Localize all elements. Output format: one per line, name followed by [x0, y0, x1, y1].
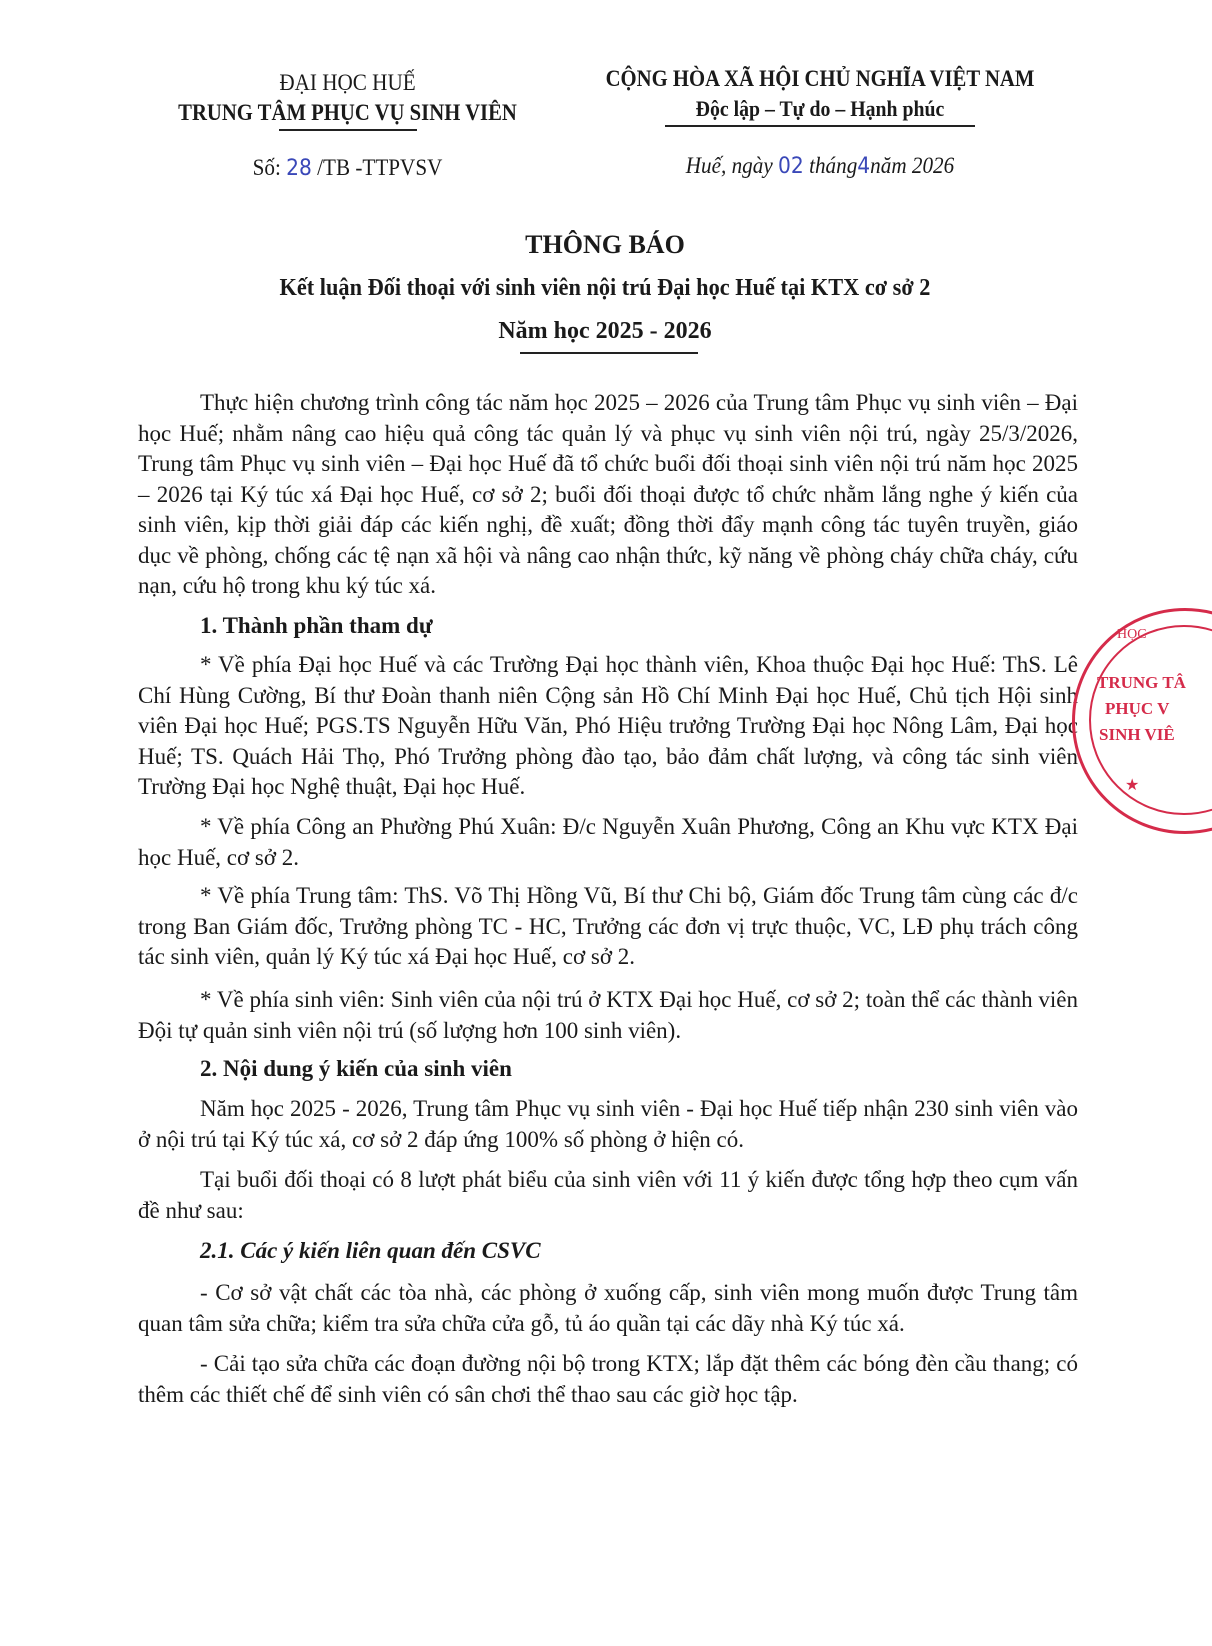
seal-text-line: TRUNG TÂ [1097, 673, 1186, 693]
csvc-item-1: - Cơ sở vật chất các tòa nhà, các phòng … [138, 1278, 1078, 1339]
body-paragraph: Tại buổi đối thoại có 8 lượt phát biểu c… [138, 1165, 1078, 1226]
seal-text-line: PHỤC V [1105, 699, 1169, 719]
document-page: ĐẠI HỌC HUẾ TRUNG TÂM PHỤC VỤ SINH VIÊN … [0, 0, 1212, 1646]
issuing-organization: TRUNG TÂM PHỤC VỤ SINH VIÊN [170, 98, 526, 128]
document-subject: Kết luận Đối thoại với sinh viên nội trú… [163, 275, 1047, 302]
seal-text-line: SINH VIÊ [1099, 725, 1175, 745]
body-paragraph: Năm học 2025 - 2026, Trung tâm Phục vụ s… [138, 1094, 1078, 1155]
date-day-handwritten: 02 [778, 154, 804, 179]
doc-number-label: Số: [253, 155, 281, 180]
national-heading-block: CỘNG HÒA XÃ HỘI CHỦ NGHĨA VIỆT NAM Độc l… [560, 64, 1080, 127]
national-motto: Độc lập – Tự do – Hạnh phúc [586, 94, 1054, 124]
csvc-item-2: - Cải tạo sửa chữa các đoạn đường nội bộ… [138, 1349, 1078, 1410]
date-year: năm 2026 [870, 153, 954, 178]
document-date: Huế, ngày 02 tháng4năm 2026 [581, 153, 1059, 179]
attendees-group-3: * Về phía Trung tâm: ThS. Võ Thị Hồng Vũ… [138, 881, 1078, 973]
issuer-block: ĐẠI HỌC HUẾ TRUNG TÂM PHỤC VỤ SINH VIÊN [150, 68, 545, 131]
doc-number-handwritten: 28 [286, 156, 312, 181]
section-2-paragraph-1: Năm học 2025 - 2026, Trung tâm Phục vụ s… [138, 1094, 1078, 1155]
attendees-group-1: * Về phía Đại học Huế và các Trường Đại … [138, 650, 1078, 803]
divider [520, 352, 698, 354]
date-month-handwritten: 4 [857, 154, 870, 179]
seal-top-text: HỌC [1117, 627, 1147, 643]
doc-number-suffix: /TB -TTPVSV [317, 155, 442, 180]
section-1-heading: 1. Thành phần tham dự [200, 613, 433, 639]
section-2-paragraph-2: Tại buổi đối thoại có 8 lượt phát biểu c… [138, 1165, 1078, 1226]
attendees-paragraph: * Về phía Trung tâm: ThS. Võ Thị Hồng Vũ… [138, 881, 1078, 973]
document-number: Số: 28 /TB -TTPVSV [166, 155, 529, 181]
document-type: THÔNG BÁO [130, 230, 1080, 260]
attendees-paragraph: * Về phía Đại học Huế và các Trường Đại … [138, 650, 1078, 803]
official-seal: HỌC TRUNG TÂ PHỤC V SINH VIÊ ★ [1072, 608, 1212, 834]
divider [665, 125, 975, 127]
academic-year: Năm học 2025 - 2026 [130, 318, 1080, 345]
attendees-group-2: * Về phía Công an Phường Phú Xuân: Đ/c N… [138, 812, 1078, 873]
star-icon: ★ [1125, 775, 1139, 795]
list-item: - Cải tạo sửa chữa các đoạn đường nội bộ… [138, 1349, 1078, 1410]
list-item: - Cơ sở vật chất các tòa nhà, các phòng … [138, 1278, 1078, 1339]
attendees-paragraph: * Về phía Công an Phường Phú Xuân: Đ/c N… [138, 812, 1078, 873]
date-place: Huế, ngày [686, 153, 773, 178]
section-2-heading: 2. Nội dung ý kiến của sinh viên [200, 1056, 512, 1082]
seal-inner-ring [1089, 625, 1212, 815]
intro-paragraph: Thực hiện chương trình công tác năm học … [138, 388, 1078, 602]
divider [279, 129, 417, 131]
subsection-2-1-heading: 2.1. Các ý kiến liên quan đến CSVC [200, 1238, 541, 1264]
attendees-paragraph: * Về phía sinh viên: Sinh viên của nội t… [138, 985, 1078, 1046]
parent-organization: ĐẠI HỌC HUẾ [166, 68, 529, 98]
attendees-group-4: * Về phía sinh viên: Sinh viên của nội t… [138, 985, 1078, 1046]
national-title: CỘNG HÒA XÃ HỘI CHỦ NGHĨA VIỆT NAM [586, 64, 1054, 94]
date-month-label: tháng [809, 153, 857, 178]
intro-text: Thực hiện chương trình công tác năm học … [138, 388, 1078, 602]
